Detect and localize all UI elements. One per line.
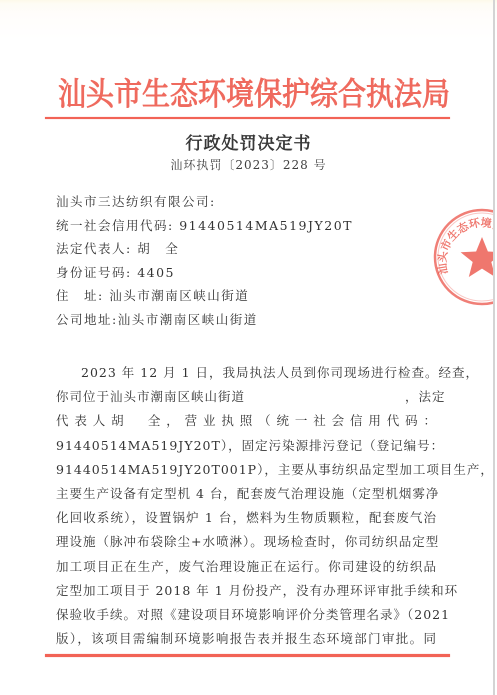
footer-red-rule xyxy=(45,654,450,657)
body-line: 91440514MA519JY20T001P），主要从事纺织品定型加工项目生产， xyxy=(56,458,437,482)
credit-code-row: 统一社会信用代码: 91440514MA519JY20T xyxy=(56,214,436,238)
body-paragraph: 2023 年 12 月 1 日，我局执法人员到你司现场进行检查。经查， 你司位于… xyxy=(56,361,437,651)
document-number: 汕环执罚〔2023〕228 号 xyxy=(0,156,497,173)
body-line: 理设施（脉冲布袋除尘+水喷淋）。现场检查时，你司纺织品定型 xyxy=(56,530,437,554)
seal-stamp-icon: 汕头市生态环境保护 xyxy=(432,207,493,307)
id-row: 身份证号码: 4405 xyxy=(56,261,436,285)
recipient-company: 汕头市三达纺织有限公司: xyxy=(56,190,436,214)
body-line: 你司位于汕头市潮南区峡山街道，法定 xyxy=(56,385,437,409)
recipient-block: 汕头市三达纺织有限公司: 统一社会信用代码: 91440514MA519JY20… xyxy=(56,190,436,331)
address-row: 住 址: 汕头市潮南区峡山街道 xyxy=(56,284,436,308)
credit-code-value: 91440514MA519JY20T xyxy=(179,218,353,233)
body-line: 定型加工项目于 2018 年 1 月份投产，没有办理环评审批手续和环 xyxy=(56,579,437,603)
body-line: 版），该项目需编制环境影响报告表并报生态环境部门审批。同 xyxy=(56,627,437,651)
body-line-part: 你司位于汕头市潮南区峡山街道 xyxy=(56,389,245,404)
header-red-rule xyxy=(45,117,450,119)
id-label: 身份证号码: xyxy=(56,265,132,280)
address-label: 住 址: xyxy=(56,288,104,303)
legal-rep-value: 胡 全 xyxy=(137,241,179,256)
body-line-part: ，法定 xyxy=(405,389,446,404)
body-line: 91440514MA519JY20T），固定污染源排污登记（登记编号： xyxy=(56,434,437,458)
official-seal: 汕头市生态环境保护 xyxy=(425,200,493,315)
page-edge-divider xyxy=(493,0,495,695)
document-title: 行政处罚决定书 xyxy=(0,129,497,154)
body-line: 保验收手续。对照《建设项目环境影响评价分类管理名录》（2021 xyxy=(56,603,437,627)
body-line: 化回收系统），设置锅炉 1 台，燃料为生物质颗粒，配套废气治 xyxy=(56,506,437,530)
legal-rep-label: 法定代表人: xyxy=(56,241,132,256)
company-address-label: 公司地址: xyxy=(56,312,118,327)
company-name: 汕头市三达纺织有限公司: xyxy=(56,194,216,209)
body-line: 主要生产设备有定型机 4 台，配套废气治理设施（定型机烟雾净 xyxy=(56,482,437,506)
company-address-value: 汕头市潮南区峡山街道 xyxy=(118,312,258,327)
body-line: 代表人胡 全，营业执照（统一社会信用代码： xyxy=(56,409,437,433)
id-value: 4405 xyxy=(137,265,175,280)
address-value: 汕头市潮南区峡山街道 xyxy=(109,288,249,303)
body-line: 2023 年 12 月 1 日，我局执法人员到你司现场进行检查。经查， xyxy=(56,361,437,385)
agency-header: 汕头市生态环境保护综合执法局 xyxy=(58,72,434,117)
company-address-row: 公司地址:汕头市潮南区峡山街道 xyxy=(56,308,436,332)
credit-code-label: 统一社会信用代码: xyxy=(56,218,174,233)
legal-rep-row: 法定代表人: 胡 全 xyxy=(56,237,436,261)
body-line: 加工项目正在生产，废气治理设施正在运行。你司建设的纺织品 xyxy=(56,555,437,579)
document-page: 汕头市生态环境保护综合执法局 行政处罚决定书 汕环执罚〔2023〕228 号 汕… xyxy=(0,0,497,695)
